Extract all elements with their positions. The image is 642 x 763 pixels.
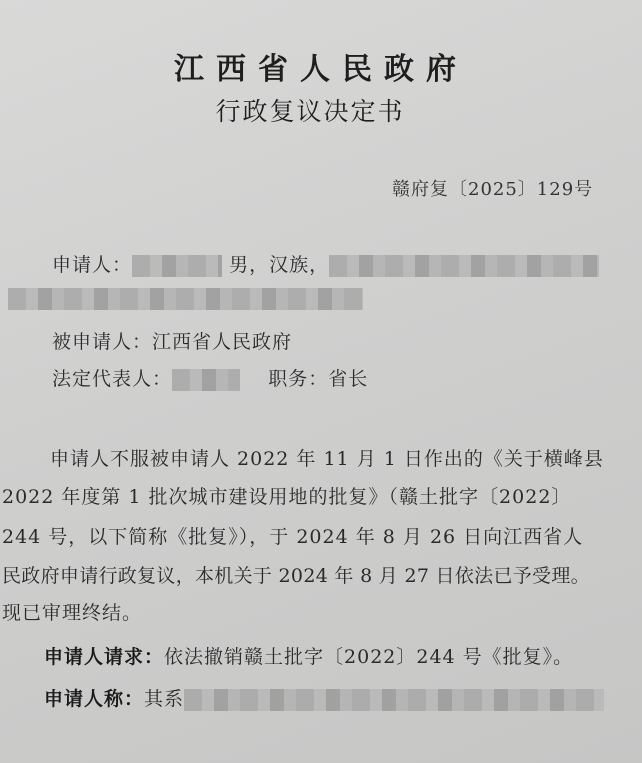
paragraph-1-line-2: 2022 年度第 1 批次城市建设用地的批复》（赣土批字〔2022〕 <box>2 482 571 509</box>
legal-rep-label: 法定代表人： <box>52 368 172 390</box>
paragraph-1-line-1: 申请人不服被申请人 2022 年 11 月 1 日作出的《关于横峰县 <box>50 444 604 471</box>
applicant-line-2 <box>8 287 363 310</box>
redacted-legal-rep-name <box>172 369 240 391</box>
claim-text: 其系 <box>144 688 184 710</box>
claim-label: 申请人称： <box>44 688 144 710</box>
applicant-line: 申请人： 男，汉族， <box>52 250 599 277</box>
applicant-info: 男，汉族， <box>229 254 329 276</box>
redacted-applicant-name <box>132 255 222 277</box>
request-line: 申请人请求：依法撤销赣土批字〔2022〕244 号《批复》。 <box>44 642 573 669</box>
claim-line: 申请人称：其系 <box>44 684 604 711</box>
document-title: 行政复议决定书 <box>0 92 620 128</box>
redacted-applicant-detail <box>329 255 599 277</box>
respondent-name: 江西省人民政府 <box>152 331 292 353</box>
legal-rep-line: 法定代表人： 职务：省长 <box>52 364 368 391</box>
issuer-heading: 江西省人民政府 <box>0 44 642 88</box>
document-page: 江西省人民政府 行政复议决定书 赣府复〔2025〕129号 申请人： 男，汉族，… <box>0 0 642 763</box>
respondent-line: 被申请人：江西省人民政府 <box>52 327 292 354</box>
request-text: 依法撤销赣土批字〔2022〕244 号《批复》。 <box>164 646 573 668</box>
redacted-claim-text <box>184 689 604 711</box>
legal-rep-position-label: 职务： <box>268 368 328 390</box>
applicant-label: 申请人： <box>52 254 132 276</box>
paragraph-1-line-4: 民政府申请行政复议，本机关于 2024 年 8 月 27 日依法已予受理。 <box>2 561 590 588</box>
document-number: 赣府复〔2025〕129号 <box>392 175 593 201</box>
legal-rep-position: 省长 <box>328 368 368 390</box>
respondent-label: 被申请人： <box>52 331 152 353</box>
paragraph-1-line-5: 现已审理终结。 <box>2 598 142 625</box>
request-label: 申请人请求： <box>44 646 164 668</box>
paragraph-1-line-3: 244 号，以下简称《批复》），于 2024 年 8 月 26 日向江西省人 <box>2 522 583 549</box>
redacted-applicant-address <box>8 288 363 310</box>
